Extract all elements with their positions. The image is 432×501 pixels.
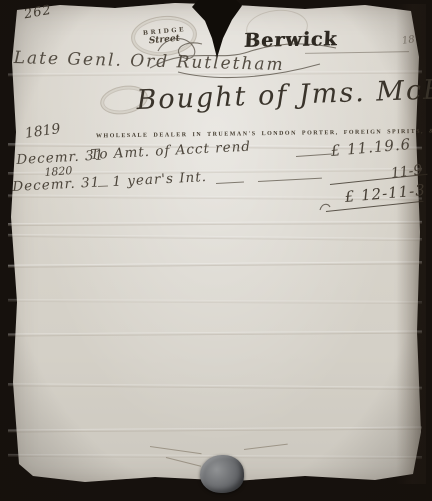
paper-sheet	[5, 2, 427, 488]
scanned-invoice-photo: 262 BRIDGE Street Berwick 18 Late Genl. …	[0, 0, 432, 501]
place-name: Berwick	[243, 28, 338, 52]
wax-seal	[200, 455, 244, 493]
entry-amount: 11-9	[390, 162, 423, 182]
printed-year-prefix: 18	[401, 34, 415, 47]
